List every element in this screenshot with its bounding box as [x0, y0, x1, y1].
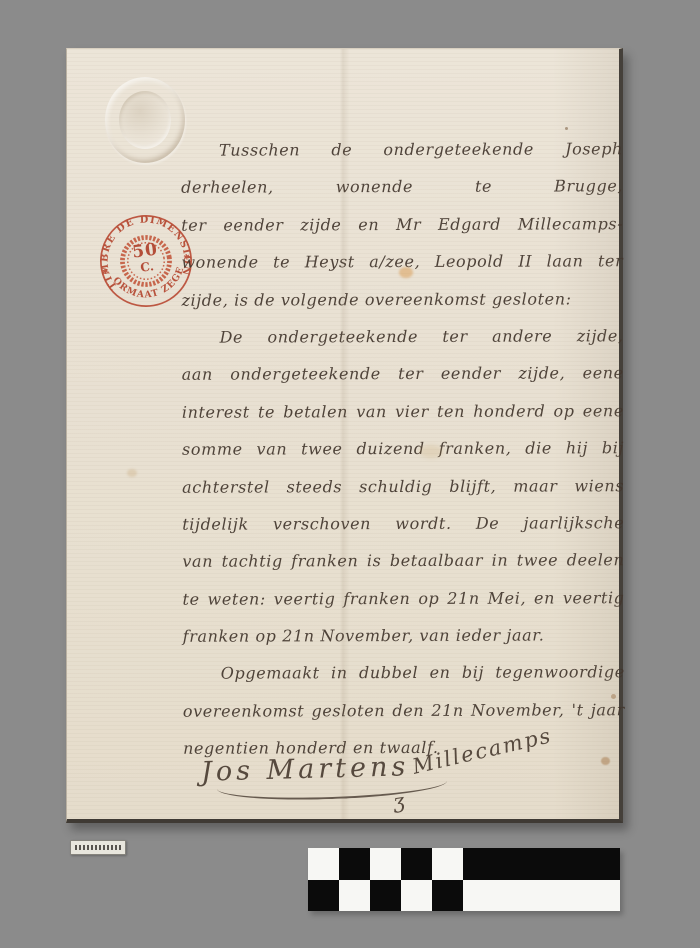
manuscript-line: aan ondergeteekende ter eender zijde, ee… [182, 355, 624, 394]
calibration-scale [308, 848, 620, 911]
scale-cell [401, 880, 432, 912]
inventory-label [70, 840, 126, 855]
scale-cell [339, 848, 370, 880]
scale-tail [463, 880, 620, 912]
calibration-scale-row [308, 880, 620, 912]
manuscript-line: De ondergeteekende ter andere zijde, ver… [182, 317, 624, 356]
manuscript-line: franken op 21n November, van ieder jaar. [183, 616, 625, 655]
manuscript-line: interest te betalen van vier ten honderd… [182, 392, 624, 431]
scale-cell [308, 880, 339, 912]
scale-cell [432, 880, 463, 912]
manuscript-line: somme van twee duizend franken, die hij … [182, 429, 624, 468]
manuscript-text: Tusschen de ondergeteekende Joseph Marte… [181, 130, 625, 767]
stain [127, 469, 137, 477]
manuscript-line: van tachtig franken is betaalbaar in twe… [182, 542, 624, 581]
embossed-seal-core [119, 91, 171, 149]
scale-cell [339, 880, 370, 912]
fiscal-stamp: TIMBRE DE DIMENSION FORMAAT ZEGEL ✱ ✱ 50… [98, 213, 194, 309]
manuscript-line: derheelen, wonende te Brugge, Beenhauwer… [181, 168, 623, 207]
scale-cell [401, 848, 432, 880]
scale-cell [308, 848, 339, 880]
scale-cell [370, 880, 401, 912]
calibration-scale-row [308, 848, 620, 880]
scale-cell [370, 848, 401, 880]
manuscript-line: zijde, is de volgende overeenkomst geslo… [181, 280, 623, 319]
manuscript-line: ter eender zijde en Mr Edgard Millecamps… [181, 205, 623, 244]
scale-cell [432, 848, 463, 880]
manuscript-line: Tusschen de ondergeteekende Joseph Marte… [181, 130, 623, 169]
manuscript-line: Opgemaakt in dubbel en bij tegenwoordige [183, 654, 625, 693]
manuscript-line: te weten: veertig franken op 21n Mei, en… [182, 579, 624, 618]
scale-tail [463, 848, 620, 880]
manuscript-line: overeenkomst gesloten den 21n November, … [183, 691, 625, 730]
manuscript-line: wonende te Heyst a/zee, Leopold II laan … [181, 242, 623, 281]
archive-photo: TIMBRE DE DIMENSION FORMAAT ZEGEL ✱ ✱ 50… [0, 0, 700, 948]
manuscript-line: achterstel steeds schuldig blijft, maar … [182, 467, 624, 506]
manuscript-line: tijdelijk verschoven wordt. De jaarlijks… [182, 504, 624, 543]
document-paper: TIMBRE DE DIMENSION FORMAAT ZEGEL ✱ ✱ 50… [66, 48, 623, 823]
embossed-seal [105, 77, 185, 163]
